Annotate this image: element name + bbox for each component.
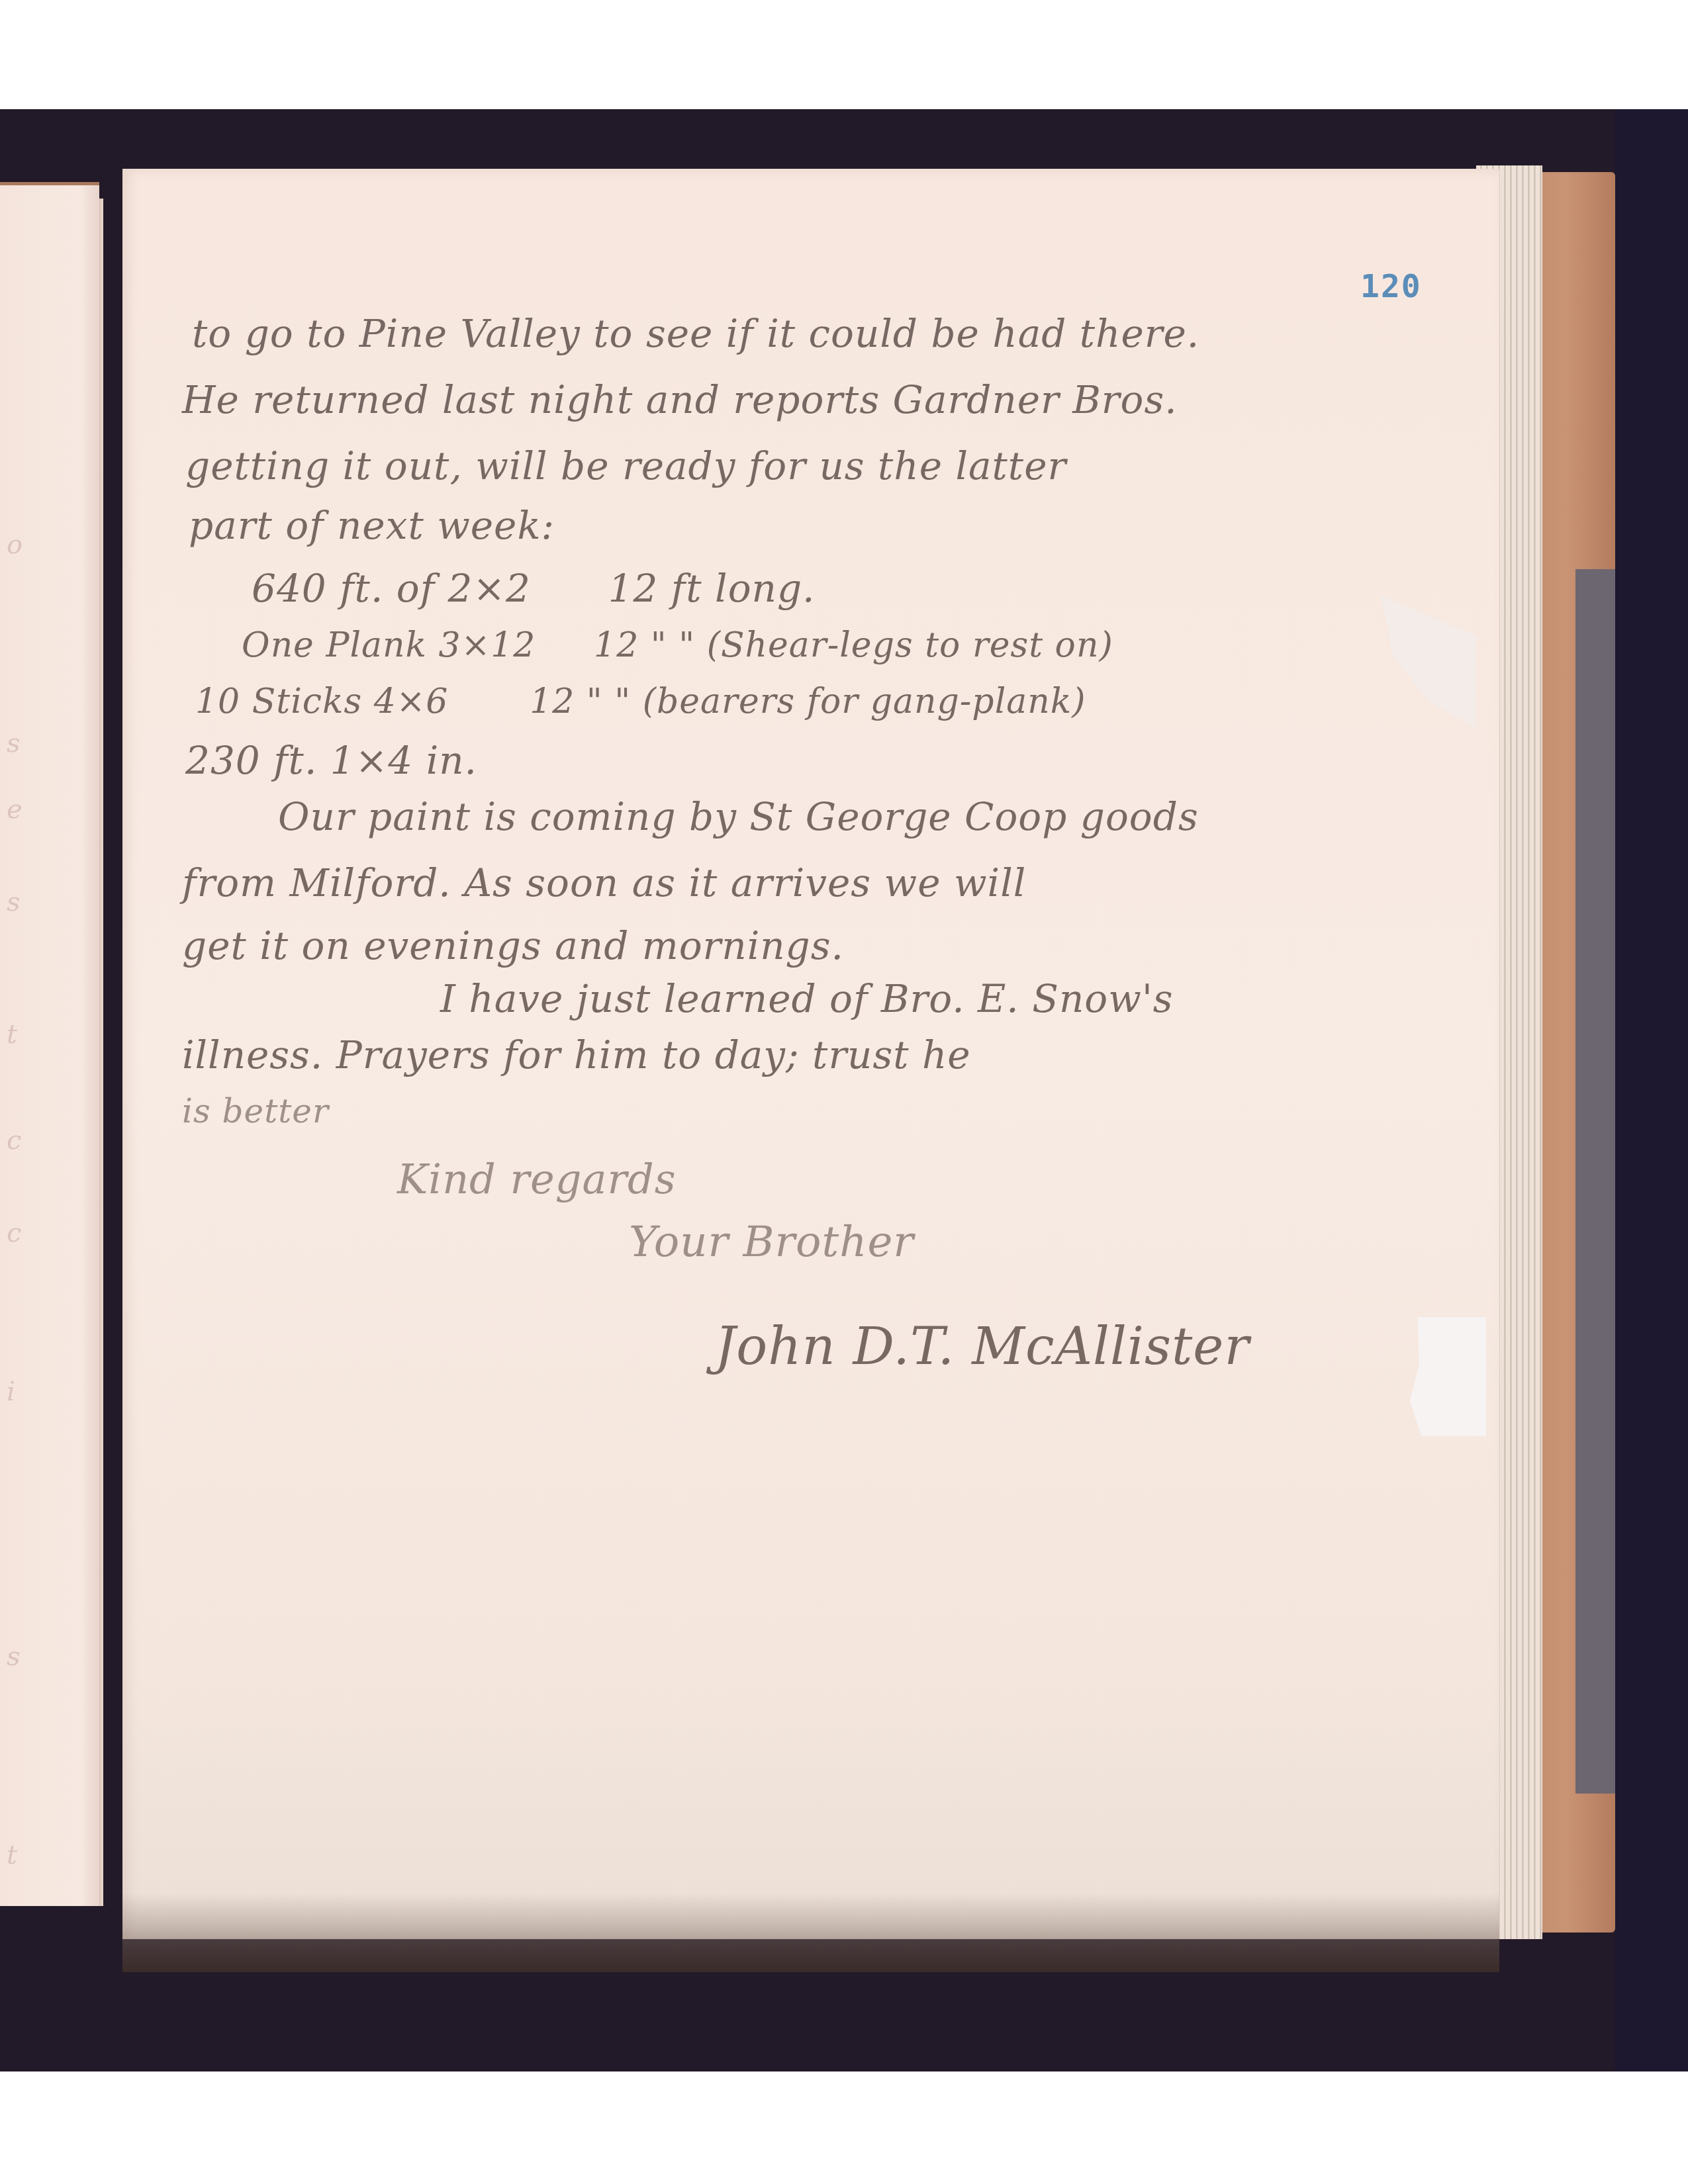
letter-line: get it on evenings and mornings. (182, 923, 844, 968)
letter-line: part of next week: (189, 503, 555, 548)
letter-line: Our paint is coming by St George Coop go… (278, 794, 1199, 839)
scan-background-right (1615, 109, 1688, 2071)
left-page-ghost-mark: t (7, 1019, 17, 1050)
letter-line: from Milford. As soon as it arrives we w… (182, 860, 1026, 905)
left-page-ghost-mark: o (7, 529, 23, 560)
book-cover-inner-board (1575, 569, 1615, 1794)
left-page-ghost-mark: c (7, 1125, 21, 1156)
letter-closing: Kind regards (397, 1155, 677, 1203)
left-page-ghost-mark: s (7, 887, 21, 917)
letter-signature: John D.T. McAllister (715, 1317, 1250, 1377)
lumber-list-item: 10 Sticks 4×6 12 " " (bearers for gang-p… (195, 682, 1086, 721)
page-tear (1410, 1317, 1486, 1436)
left-page-ghost-mark: s (7, 1641, 21, 1672)
page-bottom-shadow (122, 1893, 1499, 1972)
letter-valediction: Your Brother (629, 1218, 914, 1267)
lumber-list-item: One Plank 3×12 12 " " (Shear-legs to res… (242, 625, 1113, 665)
left-page-ghost-mark: c (7, 1218, 21, 1248)
left-page: o s e s t c c i s t (0, 185, 99, 1906)
letter-line: to go to Pine Valley to see if it could … (192, 311, 1199, 356)
letter-line: is better (182, 1092, 329, 1130)
letter-line: illness. Prayers for him to day; trust h… (182, 1032, 971, 1077)
book-gutter (99, 199, 103, 1906)
left-page-ghost-mark: t (7, 1840, 17, 1870)
left-page-ghost-mark: i (7, 1377, 15, 1407)
letter-line: I have just learned of Bro. E. Snow's (440, 976, 1174, 1021)
left-page-ghost-mark: s (7, 728, 21, 758)
letter-line: He returned last night and reports Gardn… (182, 377, 1178, 422)
lumber-list-item: 640 ft. of 2×2 12 ft long. (252, 566, 815, 611)
lumber-list-item: 230 ft. 1×4 in. (185, 738, 477, 783)
left-page-ghost-mark: e (7, 794, 23, 825)
letter-line: getting it out, will be ready for us the… (185, 443, 1066, 488)
page-number: 120 (1360, 268, 1422, 305)
